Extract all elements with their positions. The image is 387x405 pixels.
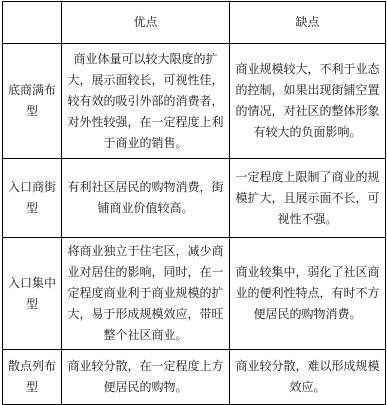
table-row: 散点列布型 商业较分散，在一定程度上方便居民的购物。 商业较分散，难以形成规模效… bbox=[3, 350, 386, 405]
table-row: 入口集中型 将商业独立于住宅区，减少商业对居住的影响，同时，在一定程度商业利于商… bbox=[3, 238, 386, 350]
row-type-cell: 散点列布型 bbox=[3, 350, 62, 405]
cons-header: 缺点 bbox=[230, 2, 386, 44]
pros-cell: 有利社区居民的购物消费，街铺商业价值较高。 bbox=[62, 159, 230, 238]
pros-cell: 商业体量可以较大限度的扩大，展示面较长，可视性佳，较有效的吸引外部的消费者，对外… bbox=[62, 44, 230, 159]
row-type-cell: 入口集中型 bbox=[3, 238, 62, 350]
table-row: 底商满布型 商业体量可以较大限度的扩大，展示面较长，可视性佳，较有效的吸引外部的… bbox=[3, 44, 386, 159]
row-type-cell: 底商满布型 bbox=[3, 44, 62, 159]
pros-header: 优点 bbox=[62, 2, 230, 44]
comparison-table: 优点 缺点 底商满布型 商业体量可以较大限度的扩大，展示面较长，可视性佳，较有效… bbox=[2, 1, 386, 405]
cons-cell: 商业规模较大，不利于业态的控制，如果出现街铺空置的情况，对社区的整体形象有较大的… bbox=[230, 44, 386, 159]
cons-cell: 商业较集中，弱化了社区商业的便利性特点，有时不方便居民的购物消费。 bbox=[230, 238, 386, 350]
document-page: 优点 缺点 底商满布型 商业体量可以较大限度的扩大，展示面较长，可视性佳，较有效… bbox=[0, 0, 387, 405]
table-row: 入口商街型 有利社区居民的购物消费，街铺商业价值较高。 一定程度上限制了商业的规… bbox=[3, 159, 386, 238]
pros-cell: 将商业独立于住宅区，减少商业对居住的影响，同时，在一定程度商业利于商业规模的扩大… bbox=[62, 238, 230, 350]
corner-cell bbox=[3, 2, 62, 44]
pros-cell: 商业较分散，在一定程度上方便居民的购物。 bbox=[62, 350, 230, 405]
header-row: 优点 缺点 bbox=[3, 2, 386, 44]
cons-cell: 商业较分散，难以形成规模效应。 bbox=[230, 350, 386, 405]
row-type-cell: 入口商街型 bbox=[3, 159, 62, 238]
cons-cell: 一定程度上限制了商业的规模扩大，且展示面不长，可视性不强。 bbox=[230, 159, 386, 238]
